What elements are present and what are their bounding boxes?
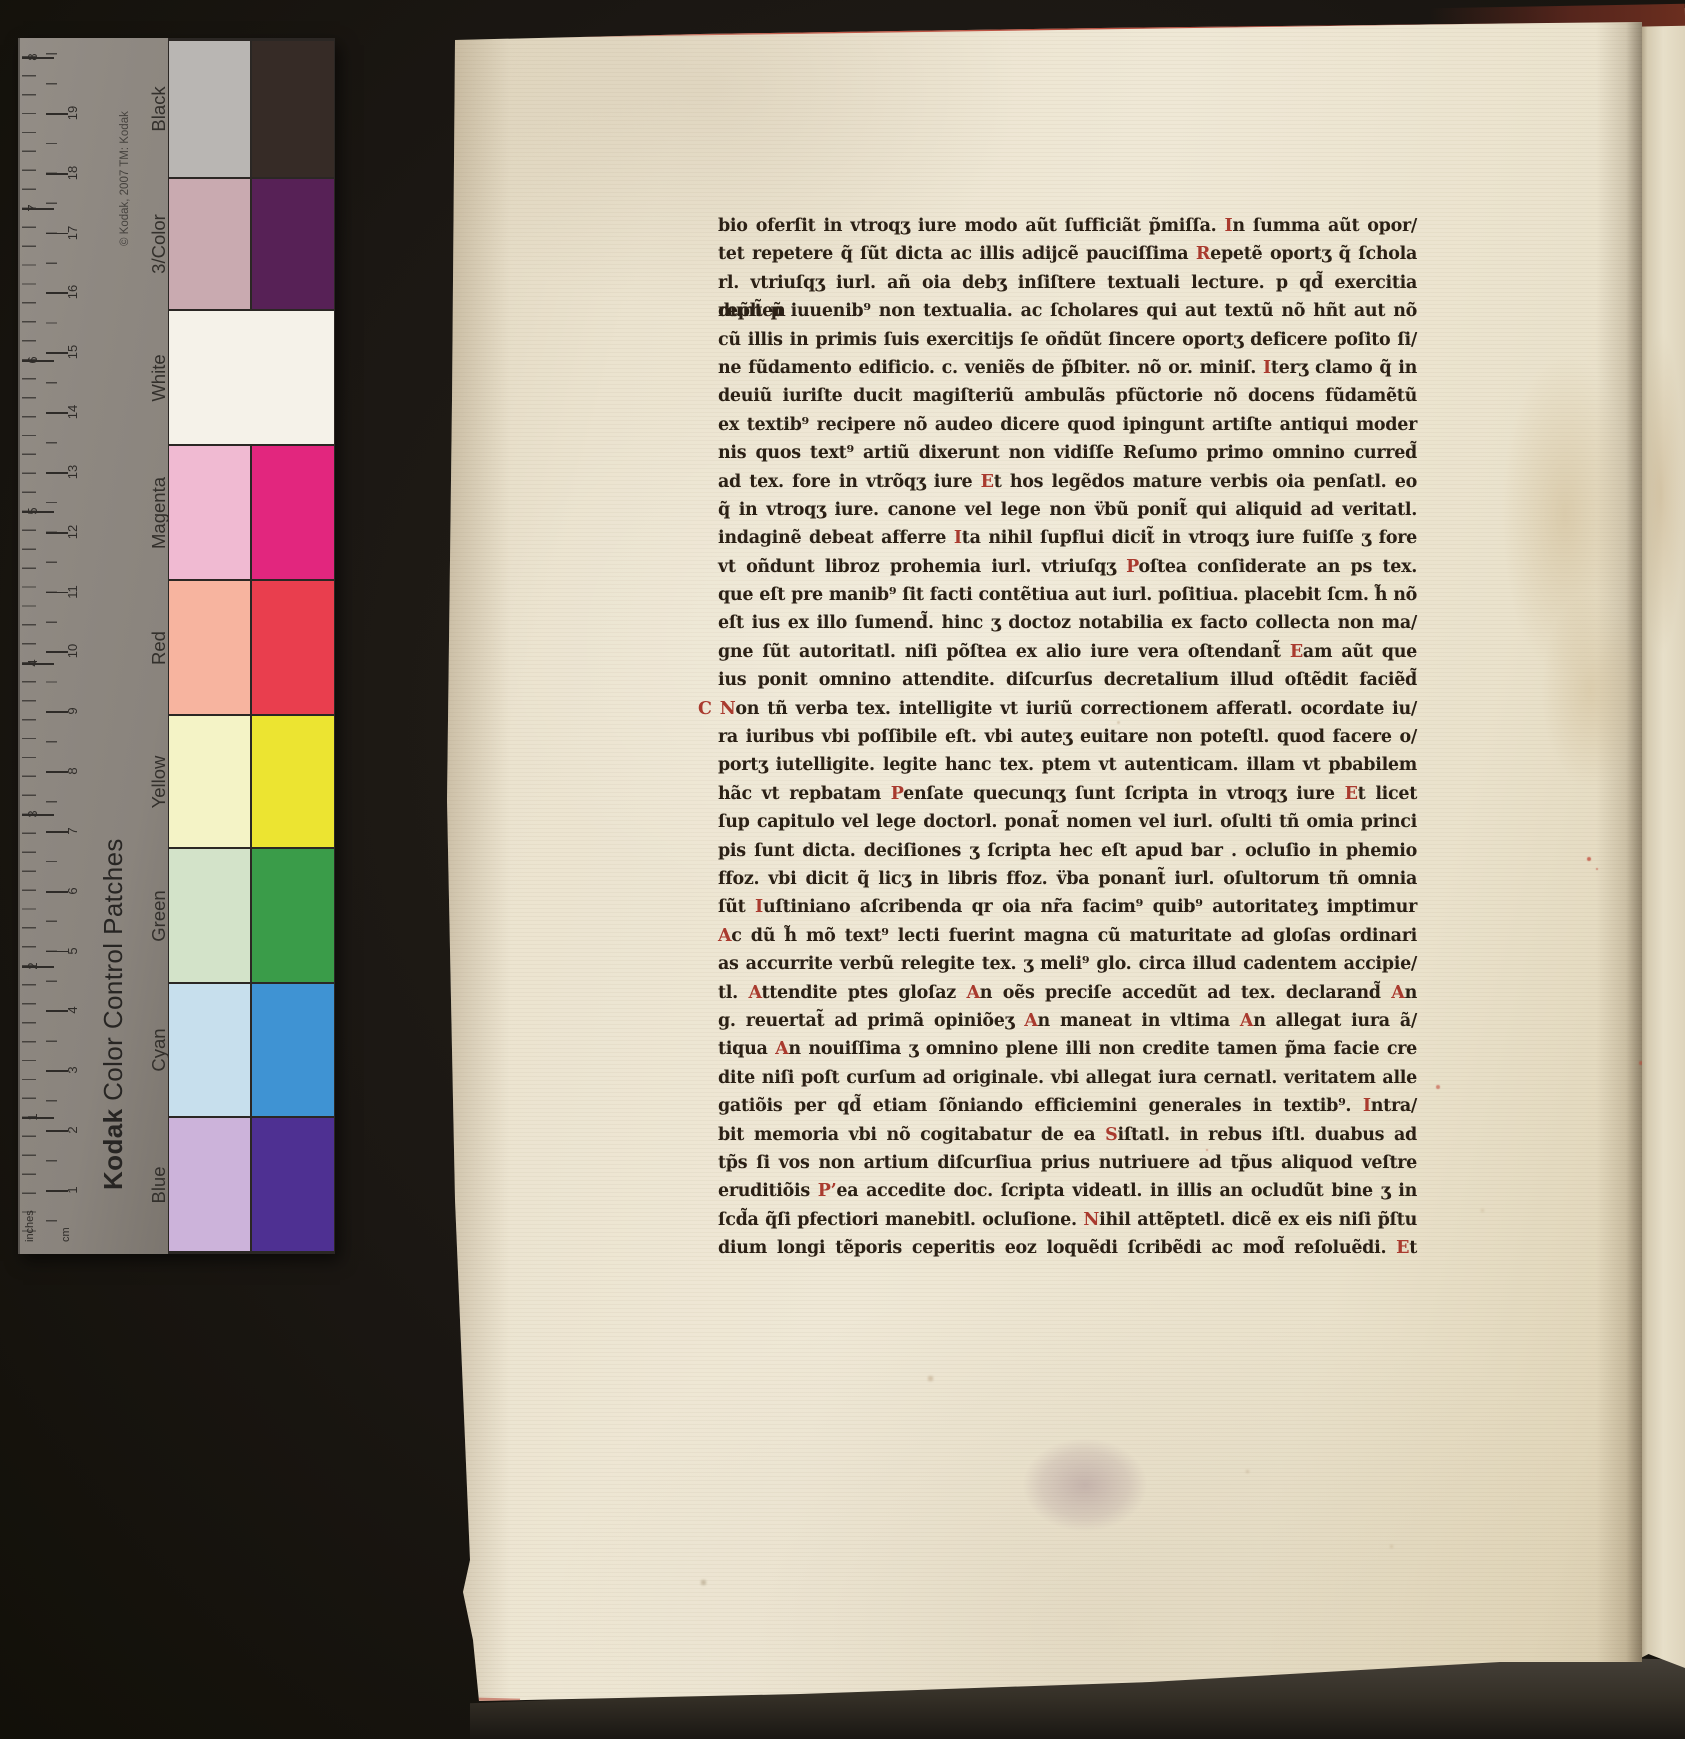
text-line: ad tex. fore in vtrõqʒ iure Et hos legẽd… [718, 468, 1417, 496]
cm-number-17: 17 [66, 219, 80, 247]
rubricated-initial: A [1240, 1011, 1253, 1031]
cm-number-6: 6 [66, 877, 80, 905]
rubricated-initial: P’ [818, 1181, 837, 1201]
red-stained-left-edge [449, 1398, 452, 1444]
cm-number-9: 9 [66, 697, 80, 725]
text-line: ra iuribus vbi poſſibile eſt. vbi auteʒ … [718, 723, 1417, 751]
unit-label-cm: cm [60, 1227, 72, 1242]
rubricated-initial: P [1126, 557, 1138, 577]
inch-minor-ticks [22, 56, 36, 1236]
text-line: ex textib⁹ recipere nõ audeo dicere quod… [718, 411, 1417, 439]
patch-yellow-right [252, 716, 334, 847]
patch-cyan-right [252, 984, 334, 1116]
text-line: q̃ in vtroqʒ iure. canone vel lege non v… [718, 496, 1417, 524]
patch-green-right [252, 849, 334, 982]
foxing-spots [440, 20, 441, 21]
kodak-color-strip: Kodak Color Control Patches © Kodak, 200… [18, 38, 335, 1254]
text-line: indaginẽ debeat afferre Ita nihil ſupflu… [718, 524, 1417, 552]
text-line: tet repetere q̃ ſũt dicta ac illis adijc… [718, 240, 1417, 268]
patch-white-full [169, 311, 334, 444]
text-line: ſup capitulo vel lege doctorl. ponat̃ no… [718, 808, 1417, 836]
text-line: eruditiõis P’ea accedite doc. ſcripta vi… [718, 1177, 1417, 1205]
rubricated-initial: S [1105, 1125, 1117, 1145]
rubricated-initial: I [954, 528, 962, 548]
cm-number-8: 8 [66, 757, 80, 785]
red-ink-specks [440, 20, 442, 22]
cm-number-12: 12 [66, 518, 80, 546]
inch-number-1: 1 [26, 1104, 40, 1130]
rubricated-initial: E [981, 472, 994, 492]
inch-number-6: 6 [26, 347, 40, 373]
inch-number-5: 5 [26, 498, 40, 524]
text-line: Ac dũ h̃ mõ text⁹ lecti fuerint magna cũ… [718, 922, 1417, 950]
cm-number-11: 11 [66, 578, 80, 606]
text-line: tp̃s ſi vos non artium diſcurſiua prius … [718, 1149, 1417, 1177]
cm-number-16: 16 [66, 278, 80, 306]
cm-number-13: 13 [66, 458, 80, 486]
patch-green-left [169, 849, 250, 982]
text-line: tiqua An nouiſſima ʒ omnino plene illi n… [718, 1035, 1417, 1063]
book-page: bio oferſit in vtroqʒ iure modo aũt ſuff… [440, 20, 1645, 1712]
patch-3-color-right [252, 179, 334, 309]
text-line: bio oferſit in vtroqʒ iure modo aũt ſuff… [718, 212, 1417, 240]
left-edge-shading [440, 20, 510, 1712]
patch-magenta-right [252, 446, 334, 579]
text-line: gatiõis per qd̃ etiam ſõniando efficiemi… [718, 1092, 1417, 1120]
rubricated-initial: R [1196, 244, 1210, 264]
rubricated-initial: E [1396, 1238, 1409, 1258]
cm-number-15: 15 [66, 338, 80, 366]
red-stained-bottom-edge [468, 1697, 520, 1701]
rubricated-initial: A [1024, 1011, 1037, 1031]
text-line: as accurrite verbũ relegite tex. ʒ meli⁹… [718, 950, 1417, 978]
kodak-brand: Kodak [98, 1109, 128, 1190]
inch-number-8: 8 [26, 44, 40, 70]
rubricated-initial: A [1391, 983, 1404, 1003]
kodak-copyright: © Kodak, 2007 TM: Kodak [118, 54, 132, 246]
kodak-strip-title: Kodak Color Control Patches [96, 676, 130, 1190]
text-line: tl. Attendite ptes gloſaz An oẽs preciſe… [718, 979, 1417, 1007]
rubricated-initial: A [748, 983, 761, 1003]
text-block: bio oferſit in vtroqʒ iure modo aũt ſuff… [718, 212, 1417, 1262]
rubricated-initial: C [698, 699, 720, 719]
rubricated-initial: E [1290, 642, 1303, 662]
text-line: eſt ius ex illo ſumend̃. hinc ʒ doctoz n… [718, 609, 1417, 637]
adjacent-page-edge [1637, 8, 1685, 1676]
patch-cyan-left [169, 984, 250, 1116]
text-line: deuiũ iuriſte ducit magiſteriũ ambulãs p… [718, 382, 1417, 410]
patch-yellow-left [169, 716, 250, 847]
patch-magenta-left [169, 446, 250, 579]
text-line: nis quos text⁹ artiũ dixerunt non vidiſſ… [718, 439, 1417, 467]
patch-red-left [169, 581, 250, 714]
inch-number-4: 4 [26, 650, 40, 676]
patch-red-right [252, 581, 334, 714]
text-line: portʒ iutelligite. legite hanc tex. ptem… [718, 751, 1417, 779]
text-line: g. reuertat̃ ad primã opiniõeʒ An maneat… [718, 1007, 1417, 1035]
text-line: rl. vtriuſqʒ iurl. añ oia debʒ inſiſtere… [718, 269, 1417, 297]
text-line: que eſt pre manib⁹ ſit facti contẽtiua a… [718, 581, 1417, 609]
cm-number-10: 10 [66, 637, 80, 665]
text-line: ffoz. vbi dicit q̃ licʒ in libris ffoz. … [718, 865, 1417, 893]
rubricated-initial: A [775, 1039, 788, 1059]
rubricated-initial: E [1345, 784, 1358, 804]
text-line: bit memoria vbi nõ cogitabatur de ea Siſ… [718, 1121, 1417, 1149]
inch-number-2: 2 [26, 953, 40, 979]
patch-blue-left [169, 1118, 250, 1251]
ruler: Kodak Color Control Patches © Kodak, 200… [18, 38, 170, 1254]
text-line: cũ illis in primis ſuis exercitijs ſe oñ… [718, 326, 1417, 354]
text-line: dunt̃ p̃ iuuenib⁹ non textualia. ac ſcho… [718, 297, 1417, 325]
text-line: dium longi tẽporis ceperitis eoz loquẽdi… [718, 1234, 1417, 1262]
cm-minor-ticks [46, 53, 57, 1238]
text-line: ius ponit omnino attendite. diſcurſus de… [718, 666, 1417, 694]
cm-number-19: 19 [66, 99, 80, 127]
rubricated-initial: P [891, 784, 903, 804]
text-line: C Non tñ verba tex. intelligite vt iuriũ… [718, 695, 1417, 723]
patch-3-color-left [169, 179, 250, 309]
text-line: pis ſunt dicta. deciſiones ʒ ſcripta hec… [718, 837, 1417, 865]
rubricated-initial: I [1263, 358, 1271, 378]
gutter-crease-shadow [1596, 20, 1642, 1712]
inch-number-3: 3 [26, 801, 40, 827]
cm-number-18: 18 [66, 159, 80, 187]
text-line: ne fũdamento edificio. c. veniẽs de p̃ſb… [718, 354, 1417, 382]
rubricated-initial: I [1363, 1096, 1371, 1116]
rubricated-initial: N [720, 699, 736, 719]
text-line: vt oñdunt libroz prohemia iurl. vtriuſqʒ… [718, 553, 1417, 581]
unit-label-inches: inches [24, 1210, 36, 1242]
cm-number-14: 14 [66, 398, 80, 426]
purple-stain [1005, 1425, 1165, 1545]
inch-number-7: 7 [26, 195, 40, 221]
patch-grid [168, 38, 335, 1254]
rubricated-initial: A [718, 926, 731, 946]
patch-blue-right [252, 1118, 334, 1251]
cm-number-2: 2 [66, 1116, 80, 1144]
text-line: hãc vt repbatam Penſate quecunqʒ ſunt ſc… [718, 780, 1417, 808]
cm-number-5: 5 [66, 937, 80, 965]
text-line: gne ſũt autoritatl. niſi põſtea ex alio … [718, 638, 1417, 666]
cm-number-3: 3 [66, 1056, 80, 1084]
damp-stain [1525, 560, 1655, 820]
cm-number-4: 4 [66, 996, 80, 1024]
rubricated-initial: N [1083, 1210, 1099, 1230]
photo-background: bio oferſit in vtroqʒ iure modo aũt ſuff… [0, 0, 1685, 1739]
rubricated-initial: A [966, 983, 979, 1003]
patch-black-left [169, 41, 250, 177]
cm-number-1: 1 [66, 1176, 80, 1204]
strip-title-rest: Color Control Patches [98, 838, 128, 1108]
text-line: ſcd̃a q̃ſi pfectiori manebitl. ocluſione… [718, 1206, 1417, 1234]
rubricated-initial: I [755, 897, 763, 917]
text-line: dite niſi poſt curſum ad originale. vbi … [718, 1064, 1417, 1092]
cm-number-7: 7 [66, 817, 80, 845]
text-line: ſũt Iuſtiniano aſcribenda qr oia nr̃a fa… [718, 893, 1417, 921]
patch-black-right [252, 41, 334, 177]
